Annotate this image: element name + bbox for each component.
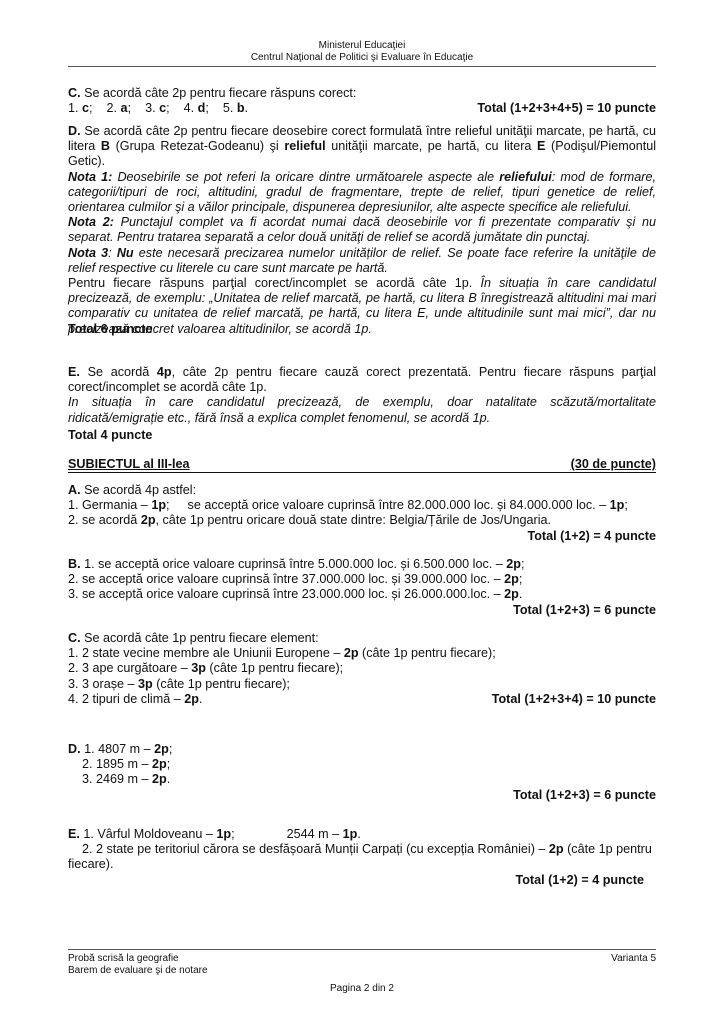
text: 3. — [145, 101, 159, 115]
section-e-total: Total 4 puncte — [68, 428, 656, 443]
list-item: 3. 3 orașe – 3p (câte 1p pentru fiecare)… — [68, 677, 656, 692]
list-item: 4. 2 tipuri de climă – 2p.Total (1+2+3+4… — [68, 692, 656, 707]
text: 2p — [549, 842, 564, 856]
text: 4. 2 tipuri de climă – — [68, 692, 184, 706]
subject-3-d-total: Total (1+2+3) = 6 puncte — [68, 788, 656, 803]
text: relieful — [284, 139, 325, 153]
item-label: A. — [68, 483, 81, 497]
section-c-intro: Se acordă câte 2p pentru fiecare răspuns… — [81, 86, 357, 100]
nota-label: Nota 1: — [68, 170, 112, 184]
subject-3-c-total: Total (1+2+3+4) = 10 puncte — [492, 692, 656, 707]
item-label: C. — [68, 631, 81, 645]
section-e-label: E. — [68, 365, 80, 379]
footer-scheme: Barem de evaluare şi de notare — [68, 965, 208, 977]
text: , câte 1p pentru oricare două state dint… — [156, 513, 552, 527]
text: 2. — [107, 101, 121, 115]
list-item: 2. 1895 m – 2p; — [68, 757, 656, 772]
text: (câte 1p pentru fiecare); — [206, 661, 343, 675]
text: 2. se acceptă orice valoare cuprinsă înt… — [68, 572, 504, 586]
text: . — [245, 101, 249, 115]
text: ; — [231, 827, 235, 841]
text: ; — [166, 498, 170, 512]
text: reliefului — [499, 170, 551, 184]
subject-3-c: C. Se acordă câte 1p pentru fiecare elem… — [68, 631, 656, 707]
text: 2. 2 state pe teritoriul cărora se desfă… — [82, 842, 549, 856]
section-c: C. Se acordă câte 2p pentru fiecare răsp… — [68, 86, 656, 116]
text: . — [519, 587, 523, 601]
answer-letter: b — [237, 101, 245, 115]
section-e-note: In situația în care candidatul precizeaz… — [68, 395, 656, 425]
list-item-text: 3. 3 orașe – 3p (câte 1p pentru fiecare)… — [68, 677, 290, 691]
text: ; — [624, 498, 628, 512]
answer-item: 5. b. — [223, 101, 248, 115]
points: 2p — [504, 572, 519, 586]
text: 1. se acceptă orice valoare cuprinsă înt… — [81, 557, 507, 571]
item-label: D. — [68, 742, 81, 756]
text: ; — [205, 101, 209, 115]
text: unităţii marcate, pe hartă, cu litera — [326, 139, 537, 153]
text: se acceptă orice valoare cuprinsă între … — [188, 498, 610, 512]
page-number: Pagina 2 din 2 — [68, 983, 656, 995]
footer-divider — [68, 949, 656, 950]
item-label: B. — [68, 557, 81, 571]
text: 3. se acceptă orice valoare cuprinsă înt… — [68, 587, 504, 601]
section-e-text: E. Se acordă 4p, câte 2p pentru fiecare … — [68, 365, 656, 395]
text: este necesară precizarea numelor unități… — [68, 246, 656, 275]
points: 2p — [344, 646, 359, 660]
text: ; — [167, 757, 171, 771]
text: Se acordă — [80, 365, 157, 379]
text: 4p — [157, 365, 172, 379]
subject-3-points: (30 de puncte) — [571, 457, 656, 472]
subject-3-d: D. 1. 4807 m – 2p;2. 1895 m – 2p;3. 2469… — [68, 742, 656, 803]
list-item: D. 1. 4807 m – 2p; — [68, 742, 656, 757]
text: ; — [166, 101, 170, 115]
points: 2p — [506, 557, 521, 571]
answer-item: 3. c; — [145, 101, 170, 115]
subject-3-a-total: Total (1+2) = 4 puncte — [68, 529, 656, 544]
text: 1p — [216, 827, 231, 841]
list-item: 3. se acceptă orice valoare cuprinsă înt… — [68, 587, 656, 602]
text: 4. — [184, 101, 198, 115]
text: 2p — [141, 513, 156, 527]
section-d: D. Se acordă câte 2p pentru fiecare deos… — [68, 124, 656, 337]
text: Se acordă câte 1p pentru fiecare element… — [81, 631, 319, 645]
section-d-label: D. — [68, 124, 81, 138]
header-ministry: Ministerul Educaţiei — [68, 40, 656, 52]
text: 2. 3 ape curgătoare – — [68, 661, 191, 675]
text: 1. — [68, 101, 82, 115]
answer-letter: a — [121, 101, 128, 115]
list-item: 2. se acceptă orice valoare cuprinsă înt… — [68, 572, 656, 587]
text: ; — [521, 557, 525, 571]
nota-label: Nota 3 — [68, 246, 108, 260]
b-lines: B. 1. se acceptă orice valoare cuprinsă … — [68, 557, 656, 603]
points: 3p — [138, 677, 153, 691]
answer-item: 2. a; — [107, 101, 132, 115]
page-footer: Probă scrisă la geografie Barem de evalu… — [68, 953, 656, 995]
text: 1. 4807 m – — [81, 742, 155, 756]
points: 3p — [191, 661, 206, 675]
answer-letter: c — [82, 101, 89, 115]
text: 2. 1895 m – — [82, 757, 152, 771]
list-item-text: 1. 2 state vecine membre ale Uniunii Eur… — [68, 646, 496, 660]
text: 1p — [343, 827, 358, 841]
nota-2: Nota 2: Punctajul complet va fi acordat … — [68, 215, 656, 245]
subject-3-e-total: Total (1+2) = 4 puncte — [68, 873, 656, 888]
text: (câte 1p pentru fiecare); — [359, 646, 496, 660]
nota-1: Nota 1: Deosebirile se pot referi la ori… — [68, 170, 656, 216]
points: 2p — [152, 772, 167, 786]
list-item: 1. 2 state vecine membre ale Uniunii Eur… — [68, 646, 656, 661]
footer-variant: Varianta 5 — [611, 953, 656, 977]
text: . — [167, 772, 171, 786]
section-d-text: D. Se acordă câte 2p pentru fiecare deos… — [68, 124, 656, 170]
text: 1p — [610, 498, 625, 512]
subject-3-b-total: Total (1+2+3) = 6 puncte — [68, 603, 656, 618]
text: (Grupa Retezat-Godeanu) şi — [110, 139, 284, 153]
answer-item: 1. c; — [68, 101, 93, 115]
answer-item: 4. d; — [184, 101, 209, 115]
subject-3-title: SUBIECTUL al III-lea — [68, 457, 190, 472]
text: 5. — [223, 101, 237, 115]
points: 2p — [504, 587, 519, 601]
section-e: E. Se acordă 4p, câte 2p pentru fiecare … — [68, 365, 656, 443]
text: 1p — [151, 498, 166, 512]
section-c-total: Total (1+2+3+4+5) = 10 puncte — [477, 101, 656, 116]
text: Deosebirile se pot referi la oricare din… — [112, 170, 499, 184]
text: Nu — [117, 246, 134, 260]
text: 2544 m – — [287, 827, 343, 841]
text: ; — [169, 742, 173, 756]
text: 1. Vârful Moldoveanu – — [80, 827, 217, 841]
list-item-text: 2. 3 ape curgătoare – 3p (câte 1p pentru… — [68, 661, 343, 675]
list-item-text: 4. 2 tipuri de climă – 2p. — [68, 692, 202, 707]
text: ; — [128, 101, 132, 115]
text: Pentru fiecare răspuns parţial corect/in… — [68, 276, 480, 290]
text: : — [108, 246, 117, 260]
list-item: 2. 3 ape curgătoare – 3p (câte 1p pentru… — [68, 661, 656, 676]
text: ; — [519, 572, 523, 586]
d-lines: D. 1. 4807 m – 2p;2. 1895 m – 2p;3. 2469… — [68, 742, 656, 788]
points: 2p — [184, 692, 199, 706]
text: 3. 2469 m – — [82, 772, 152, 786]
subject-3-header: SUBIECTUL al III-lea (30 de puncte) — [68, 457, 656, 473]
text: 1. 2 state vecine membre ale Uniunii Eur… — [68, 646, 344, 660]
header-center: Centrul Naţional de Politici şi Evaluare… — [68, 52, 656, 64]
c-lines: 1. 2 state vecine membre ale Uniunii Eur… — [68, 646, 656, 707]
answer-list: 1. c;2. a;3. c;4. d;5. b. — [68, 101, 262, 116]
section-c-label: C. — [68, 86, 81, 100]
nota-label: Nota 2: — [68, 215, 114, 229]
points: 2p — [152, 757, 167, 771]
text: . — [357, 827, 361, 841]
points: 2p — [154, 742, 169, 756]
footer-exam: Probă scrisă la geografie — [68, 953, 208, 965]
text: Se acordă 4p astfel: — [81, 483, 197, 497]
text: ; — [89, 101, 93, 115]
text: 2. se acordă — [68, 513, 141, 527]
section-c-answers: 1. c;2. a;3. c;4. d;5. b. Total (1+2+3+4… — [68, 101, 656, 116]
subject-3-a: A. Se acordă 4p astfel: 1. Germania – 1p… — [68, 483, 656, 544]
list-item: 3. 2469 m – 2p. — [68, 772, 656, 787]
item-label: E. — [68, 827, 80, 841]
text: 3. 3 orașe – — [68, 677, 138, 691]
text: 1. Germania – — [68, 498, 151, 512]
header-divider — [68, 66, 656, 67]
subject-3-title-row: SUBIECTUL al III-lea (30 de puncte) — [68, 457, 656, 473]
subject-3-b: B. 1. se acceptă orice valoare cuprinsă … — [68, 557, 656, 618]
nota-3: Nota 3: Nu este necesară precizarea nume… — [68, 246, 656, 276]
text: (câte 1p pentru fiecare); — [153, 677, 290, 691]
text: Punctajul complet va fi acordat numai da… — [68, 215, 656, 244]
page-header: Ministerul Educaţiei Centrul Naţional de… — [68, 40, 656, 64]
text: B — [101, 139, 110, 153]
list-item: B. 1. se acceptă orice valoare cuprinsă … — [68, 557, 656, 572]
subject-3-e: E. 1. Vârful Moldoveanu – 1p;2544 m – 1p… — [68, 827, 656, 888]
text: . — [199, 692, 203, 706]
